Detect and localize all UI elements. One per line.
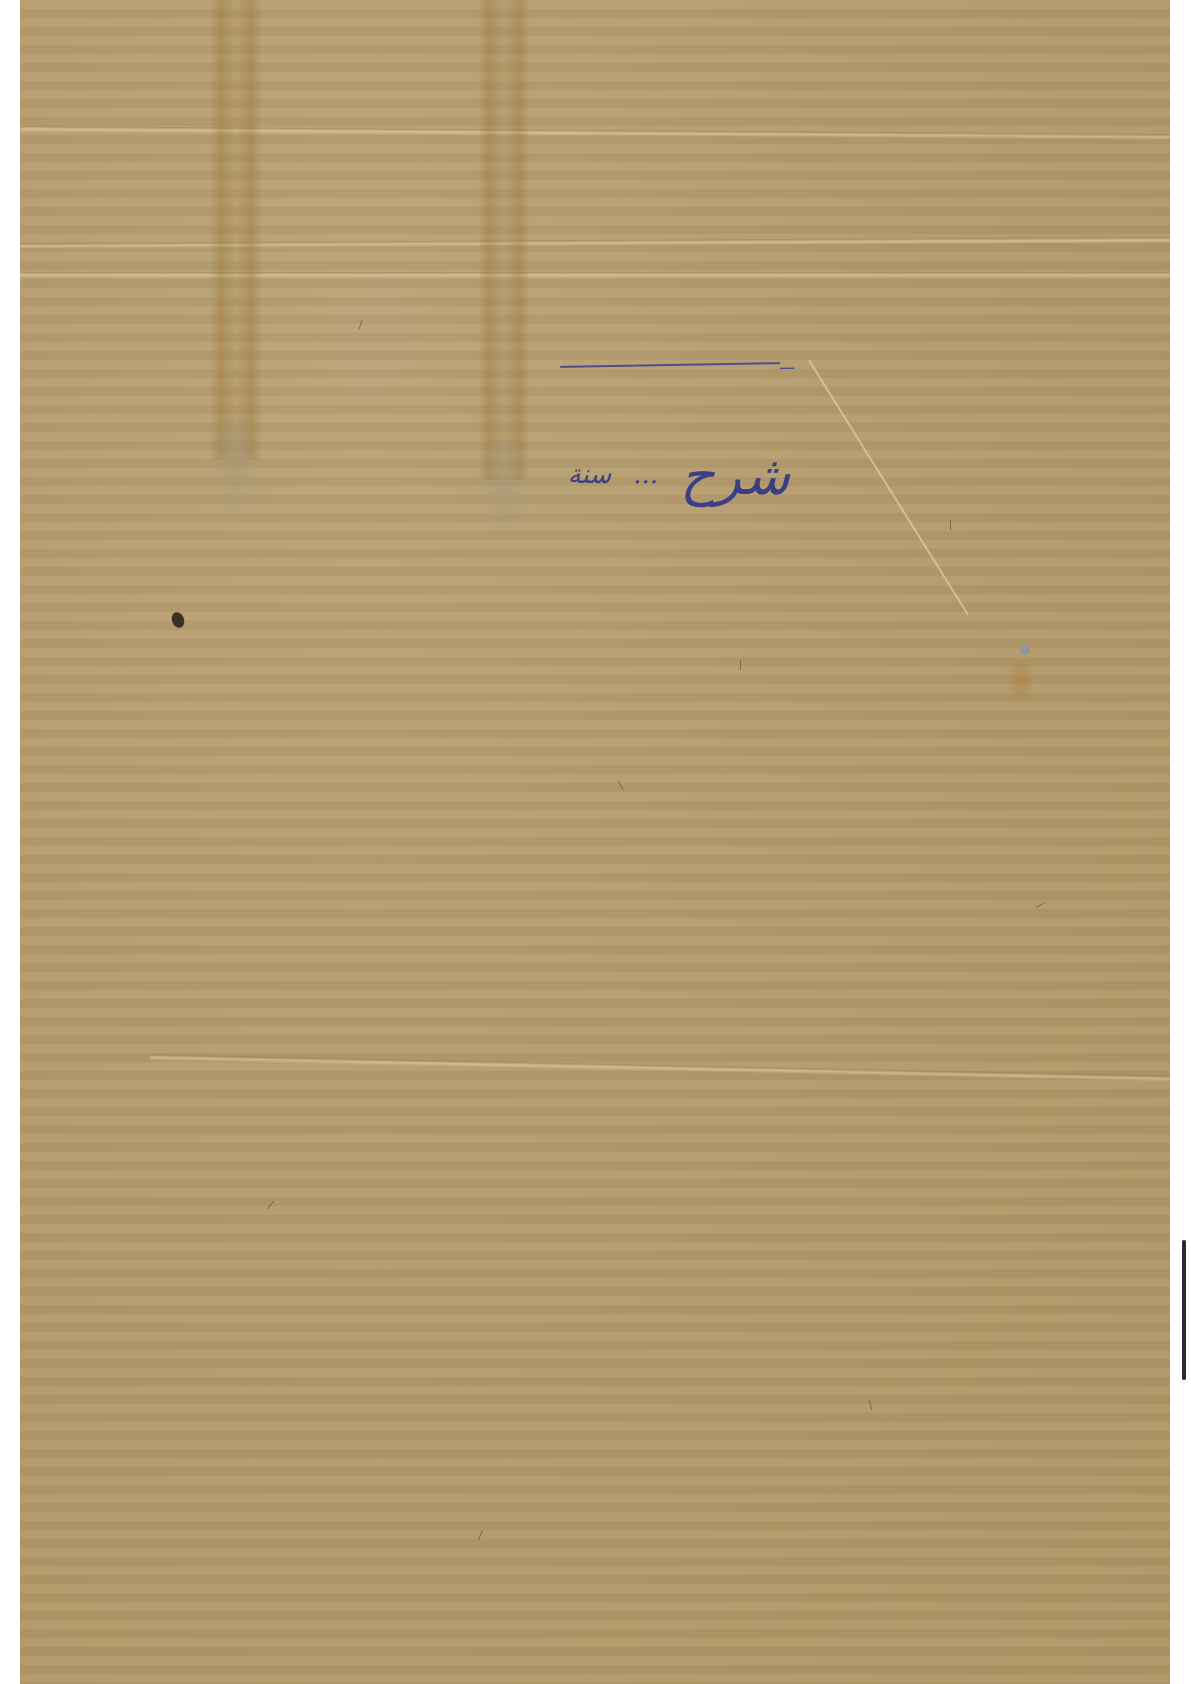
ink-spot <box>170 610 187 629</box>
tape-residue-left-tip <box>210 420 262 520</box>
fiber <box>267 1201 274 1209</box>
tape-residue-left <box>210 0 262 460</box>
handwritten-title: شرح ... سنة <box>270 430 790 520</box>
upper-crease-2 <box>20 272 1170 278</box>
fiber <box>950 520 951 530</box>
cardboard-cover <box>20 0 1170 1684</box>
fiber <box>478 1530 483 1539</box>
upper-crease <box>20 237 1170 249</box>
handwritten-word-sharh: شرح <box>680 444 790 507</box>
fiber <box>358 320 362 330</box>
fiber <box>618 780 624 789</box>
handwritten-word: ... <box>633 460 658 490</box>
fiber <box>740 660 741 670</box>
tape-residue-right <box>478 0 530 480</box>
middle-crease <box>150 1054 1170 1081</box>
stain <box>1010 660 1032 700</box>
edge-mark <box>1182 1240 1186 1380</box>
top-crease <box>20 126 1170 140</box>
diagonal-crease <box>808 360 969 615</box>
fiber <box>1036 902 1045 908</box>
pin-hole <box>1020 645 1030 655</box>
handwritten-word-sana: سنة <box>568 460 612 490</box>
fiber <box>869 1400 873 1410</box>
ink-mark: ـــ <box>780 354 794 373</box>
